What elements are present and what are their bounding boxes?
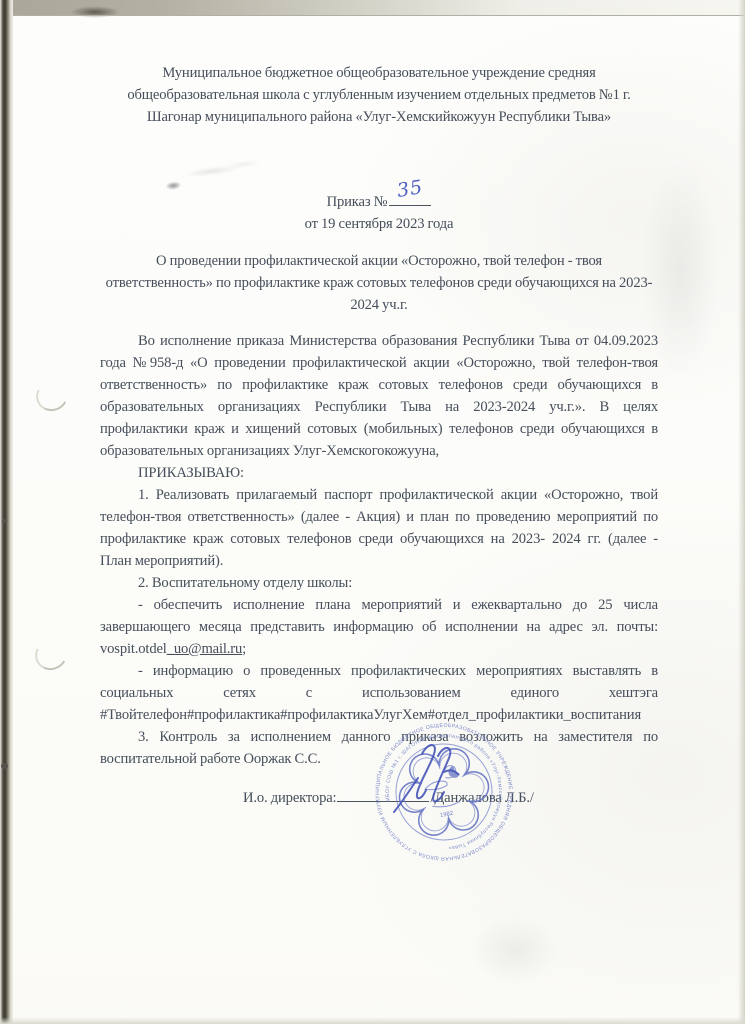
letterhead: Муниципальное бюджетное общеобразователь… (100, 62, 658, 128)
text-line: - информацию о проведенных профилактичес… (100, 660, 658, 682)
email-plain: vospit.otdel (100, 641, 167, 657)
scanned-document-page: Муниципальное бюджетное общеобразователь… (0, 0, 745, 1024)
preamble-paragraph: Во исполнение приказа Министерства образ… (100, 330, 658, 462)
text-line: План мероприятий). (100, 550, 658, 572)
scan-blotch (470, 915, 560, 985)
text-line: Во исполнение приказа Министерства образ… (100, 330, 658, 352)
text-line: О проведении профилактической акции «Ост… (100, 250, 658, 272)
text-line: 2024 уч.г. (100, 294, 658, 316)
scan-edge-left (0, 0, 13, 1024)
text-line: года №958-д «О проведении профилактическ… (100, 352, 658, 374)
order-item-2: 2. Воспитательному отделу школы: (100, 572, 658, 594)
scan-speck (2, 519, 7, 523)
scan-edge-right (738, 0, 745, 1024)
order-number-line: Приказ №35 (100, 185, 658, 213)
order-label: Приказ № (327, 194, 388, 210)
text-line: Шагонар муниципального района «Улуг-Хемс… (100, 106, 658, 128)
text-line: профилактики краж и хищений сотовых (моб… (100, 418, 658, 440)
email-suffix: ; (242, 641, 246, 657)
text-line: общеобразовательная школа с углубленным … (100, 84, 658, 106)
prikaz-heading: ПРИКАЗЫВАЮ: (100, 462, 658, 484)
email-line: vospit.otdel_uo@mail.ru; (100, 638, 658, 660)
text-line: 1. Реализовать прилагаемый паспорт профи… (100, 484, 658, 506)
scan-edge-bottom (0, 1017, 745, 1024)
handwritten-signature (388, 738, 480, 822)
text-line: ответственность» по профилактике краж со… (100, 374, 658, 396)
scan-speck (1, 763, 8, 769)
text-line: - обеспечить исполнение плана мероприяти… (100, 594, 658, 616)
text-line: образовательных организациях Улуг-Хемско… (100, 440, 658, 462)
order-item-2b: - информацию о проведенных профилактичес… (100, 660, 658, 726)
order-item-1: 1. Реализовать прилагаемый паспорт профи… (100, 484, 658, 572)
signature-label: И.о. директора: (243, 790, 336, 806)
email-underlined: _uo@mail.ru (167, 641, 242, 657)
text-line: Муниципальное бюджетное общеобразователь… (100, 62, 658, 84)
text-line: ответственность» по профилактике краж со… (100, 272, 658, 294)
order-title: О проведении профилактической акции «Ост… (100, 250, 658, 316)
text-line: #Твойтелефон#профилактика#профилактикаУл… (100, 704, 658, 726)
text-line: завершающего месяца представить информац… (100, 616, 658, 638)
text-line: 2. Воспитательному отделу школы: (100, 572, 658, 594)
paper-edge-line (10, 15, 745, 16)
text-line: образовательных организациях Республики … (100, 396, 658, 418)
handwritten-order-number: 35 (396, 176, 425, 202)
text-line: ПРИКАЗЫВАЮ: (100, 462, 658, 484)
order-number-blank: 35 (389, 185, 431, 206)
order-item-2a: - обеспечить исполнение плана мероприяти… (100, 594, 658, 638)
text-line: профилактике краж сотовых телефонов сред… (100, 528, 658, 550)
order-date: от 19 сентября 2023 года (100, 213, 658, 235)
scan-edge-shadow (70, 6, 120, 18)
text-line: социальных сетях с использованием единог… (100, 682, 658, 704)
document-body: Муниципальное бюджетное общеобразователь… (100, 62, 658, 809)
text-line: телефон-твоя ответственность» (далее - А… (100, 506, 658, 528)
